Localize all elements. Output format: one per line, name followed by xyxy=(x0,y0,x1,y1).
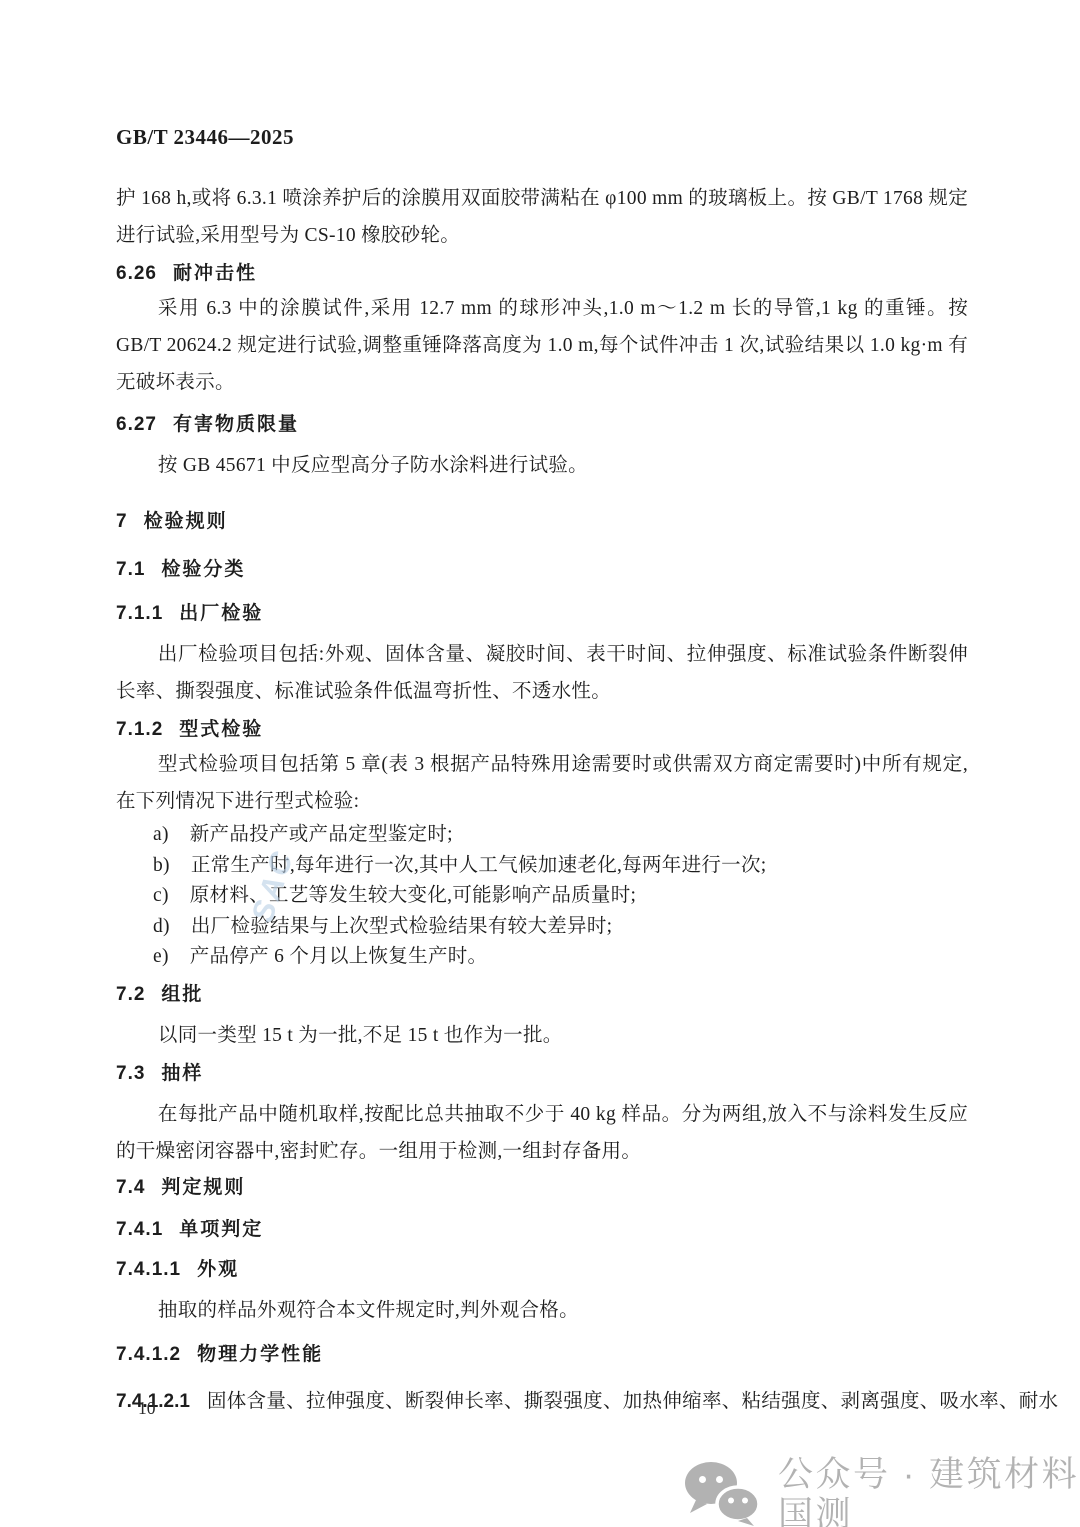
footer-watermark: 公众号 · 建筑材料国测 xyxy=(681,1455,1080,1527)
chapter-title: 检验规则 xyxy=(144,510,228,534)
section-heading-7-1: 7.1 检验分类 xyxy=(116,558,968,582)
section-number: 7.1.2 xyxy=(116,718,163,742)
section-title: 有害物质限量 xyxy=(173,413,299,437)
section-title: 检验分类 xyxy=(161,558,245,582)
section-heading-6-27: 6.27 有害物质限量 xyxy=(116,413,968,437)
paragraph-7-4-1-2-1: 7.4.1.2.1 固体含量、拉伸强度、断裂伸长率、撕裂强度、加热伸缩率、粘结强… xyxy=(116,1383,968,1420)
section-number: 7.4 xyxy=(116,1176,145,1200)
section-title: 出厂检验 xyxy=(179,602,263,626)
paragraph-hazardous-limit: 按 GB 45671 中反应型高分子防水涂料进行试验。 xyxy=(116,447,968,484)
paragraph-continuation: 护 168 h,或将 6.3.1 喷涂养护后的涂膜用双面胶带满粘在 φ100 m… xyxy=(116,180,968,254)
standard-number-header: GB/T 23446—2025 xyxy=(116,124,968,150)
page-number: 10 xyxy=(138,1398,156,1418)
section-number: 7.1.1 xyxy=(116,602,163,626)
page-content: GB/T 23446—2025 护 168 h,或将 6.3.1 喷涂养护后的涂… xyxy=(116,124,968,1420)
section-heading-6-26: 6.26 耐冲击性 xyxy=(116,262,968,286)
section-heading-7-2: 7.2 组批 xyxy=(116,983,968,1007)
section-number: 7.4.1.1 xyxy=(116,1258,181,1282)
list-item-text: 原材料、工艺等发生较大变化,可能影响产品质量时; xyxy=(190,881,637,912)
paragraph-type-inspection: 型式检验项目包括第 5 章(表 3 根据产品特殊用途需要时或供需双方商定需要时)… xyxy=(116,746,968,820)
paragraph-impact-test: 采用 6.3 中的涂膜试件,采用 12.7 mm 的球形冲头,1.0 m～1.2… xyxy=(116,290,968,401)
section-title: 判定规则 xyxy=(161,1176,245,1200)
section-title: 型式检验 xyxy=(179,718,263,742)
section-number: 7.4.1.2 xyxy=(116,1343,181,1367)
list-item-label: b) xyxy=(153,851,170,882)
chapter-heading-7: 7 检验规则 xyxy=(116,510,968,534)
list-item-text: 新产品投产或产品定型鉴定时; xyxy=(190,820,453,851)
paragraph-sampling: 在每批产品中随机取样,按配比总共抽取不少于 40 kg 样品。分为两组,放入不与… xyxy=(116,1096,968,1170)
section-title: 抽样 xyxy=(161,1062,203,1086)
list-item-b: b) 正常生产时,每年进行一次,其中人工气候加速老化,每两年进行一次; xyxy=(153,851,968,882)
list-item-text: 产品停产 6 个月以上恢复生产时。 xyxy=(190,942,488,973)
section-number: 6.27 xyxy=(116,413,157,437)
list-item-label: a) xyxy=(153,820,169,851)
list-item-text: 正常生产时,每年进行一次,其中人工气候加速老化,每两年进行一次; xyxy=(191,851,767,882)
footer-watermark-text: 公众号 · 建筑材料国测 xyxy=(778,1455,1080,1527)
chapter-number: 7 xyxy=(116,510,128,534)
section-heading-7-4-1: 7.4.1 单项判定 xyxy=(116,1218,968,1242)
section-heading-7-3: 7.3 抽样 xyxy=(116,1062,968,1086)
list-item-text: 出厂检验结果与上次型式检验结果有较大差异时; xyxy=(191,912,613,943)
section-heading-7-4-1-2: 7.4.1.2 物理力学性能 xyxy=(116,1343,968,1367)
paragraph-batching: 以同一类型 15 t 为一批,不足 15 t 也作为一批。 xyxy=(116,1017,968,1054)
wechat-icon xyxy=(681,1460,763,1527)
list-item-label: c) xyxy=(153,881,169,912)
section-number: 6.26 xyxy=(116,262,157,286)
section-heading-7-4-1-1: 7.4.1.1 外观 xyxy=(116,1258,968,1282)
section-heading-7-1-1: 7.1.1 出厂检验 xyxy=(116,602,968,626)
paragraph-factory-inspection: 出厂检验项目包括:外观、固体含量、凝胶时间、表干时间、拉伸强度、标准试验条件断裂… xyxy=(116,636,968,710)
section-title: 外观 xyxy=(197,1258,239,1282)
section-title: 耐冲击性 xyxy=(173,262,257,286)
section-number: 7.1 xyxy=(116,558,145,582)
list-item-c: c) 原材料、工艺等发生较大变化,可能影响产品质量时; xyxy=(153,881,968,912)
section-title: 组批 xyxy=(161,983,203,1007)
section-number: 7.3 xyxy=(116,1062,145,1086)
paragraph-appearance-judgement: 抽取的样品外观符合本文件规定时,判外观合格。 xyxy=(116,1292,968,1329)
list-item-e: e) 产品停产 6 个月以上恢复生产时。 xyxy=(153,942,968,973)
type-inspection-condition-list: a) 新产品投产或产品定型鉴定时; b) 正常生产时,每年进行一次,其中人工气候… xyxy=(153,820,968,973)
section-title: 单项判定 xyxy=(179,1218,263,1242)
list-item-a: a) 新产品投产或产品定型鉴定时; xyxy=(153,820,968,851)
section-number: 7.2 xyxy=(116,983,145,1007)
list-item-d: d) 出厂检验结果与上次型式检验结果有较大差异时; xyxy=(153,912,968,943)
list-item-label: e) xyxy=(153,942,169,973)
clause-text: 固体含量、拉伸强度、断裂伸长率、撕裂强度、加热伸缩率、粘结强度、剥离强度、吸水率… xyxy=(207,1383,1058,1420)
section-heading-7-4: 7.4 判定规则 xyxy=(116,1176,968,1200)
section-title: 物理力学性能 xyxy=(197,1343,323,1367)
section-number: 7.4.1 xyxy=(116,1218,163,1242)
list-item-label: d) xyxy=(153,912,170,943)
document-page: GB/T 23446—2025 护 168 h,或将 6.3.1 喷涂养护后的涂… xyxy=(0,0,1080,1527)
section-heading-7-1-2: 7.1.2 型式检验 xyxy=(116,718,968,742)
